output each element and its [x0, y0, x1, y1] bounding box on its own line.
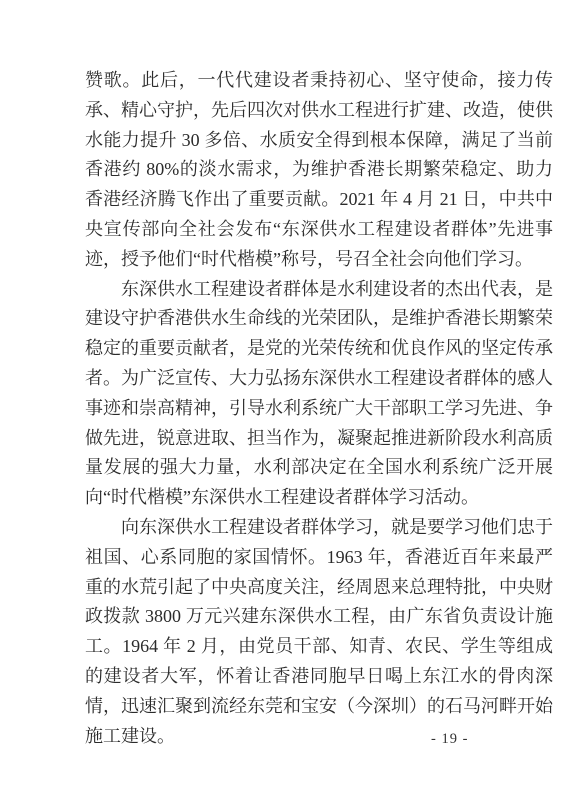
- paragraph-2: 东深供水工程建设者群体是水利建设者的杰出代表，是建设守护香港供水生命线的光荣团队…: [85, 275, 553, 513]
- paragraph-1: 赞歌。此后，一代代建设者秉持初心、坚守使命，接力传承、精心守护，先后四次对供水工…: [85, 66, 553, 275]
- document-body: 赞歌。此后，一代代建设者秉持初心、坚守使命，接力传承、精心守护，先后四次对供水工…: [85, 66, 553, 751]
- paragraph-3: 向东深供水工程建设者群体学习，就是要学习他们忠于祖国、心系同胞的家国情怀。196…: [85, 513, 553, 751]
- document-page: 赞歌。此后，一代代建设者秉持初心、坚守使命，接力传承、精心守护，先后四次对供水工…: [0, 0, 565, 800]
- page-number: - 19 -: [431, 731, 468, 748]
